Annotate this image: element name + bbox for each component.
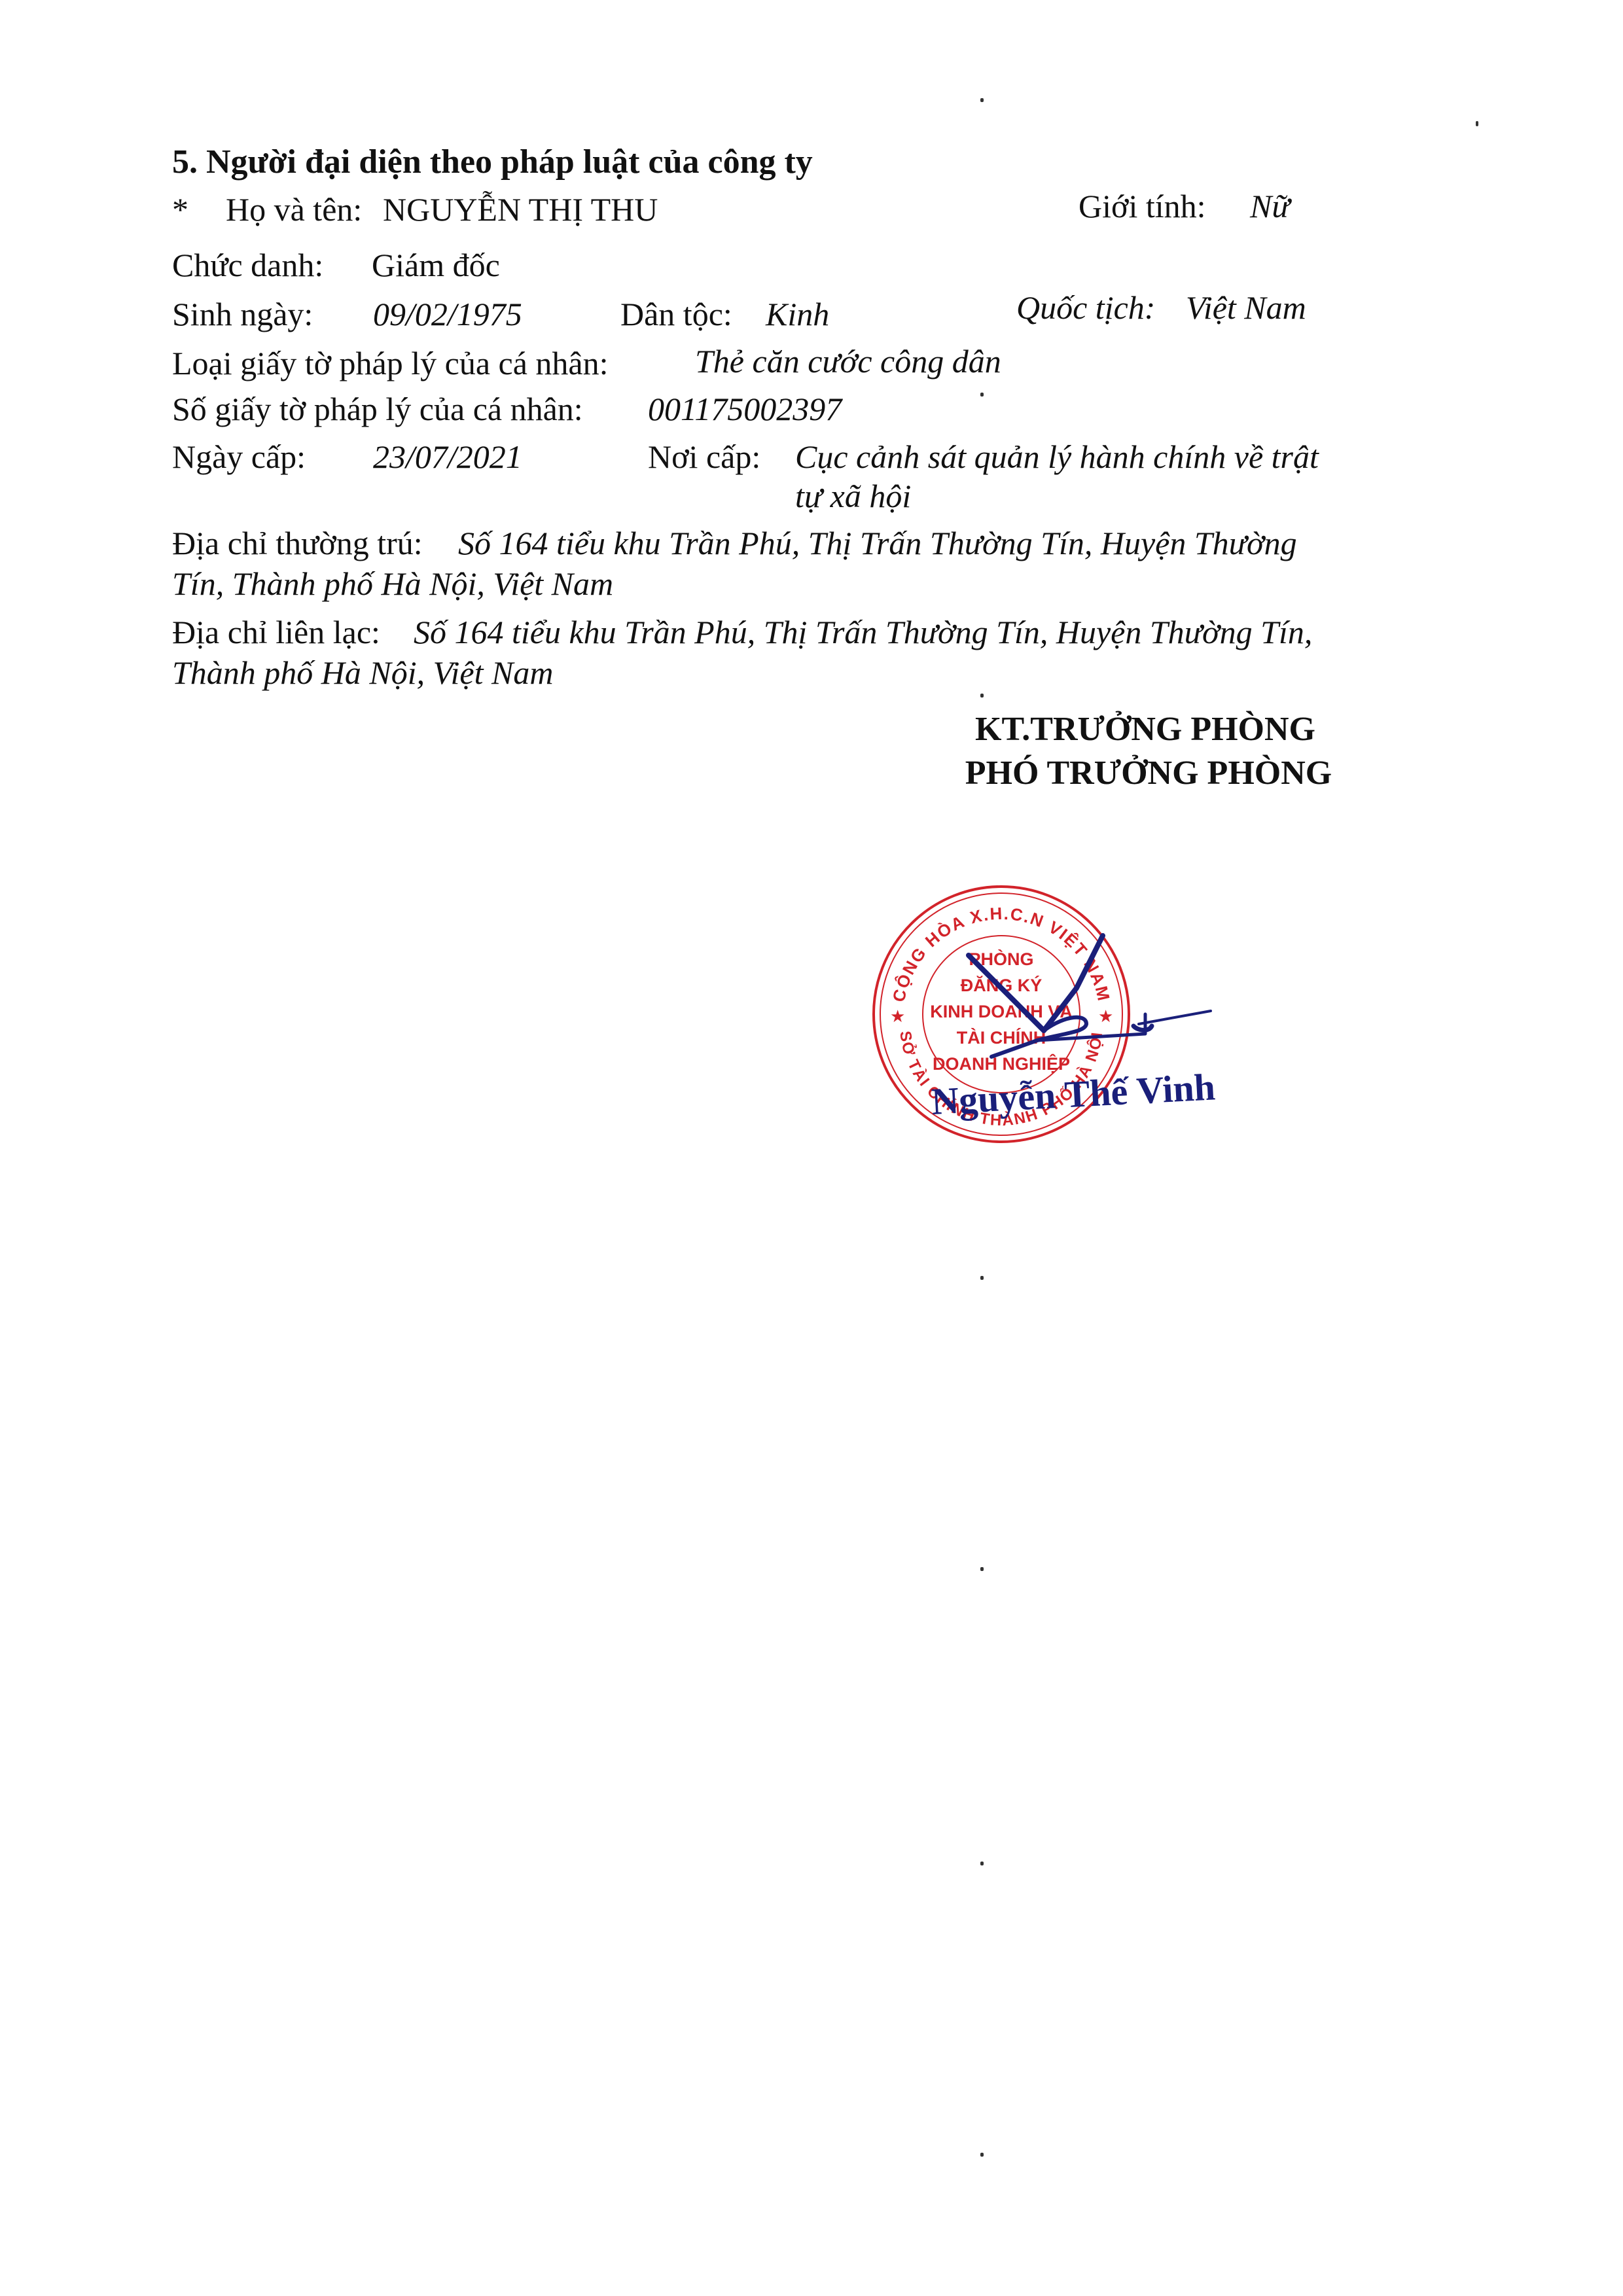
scan-artifact (980, 98, 984, 102)
scan-artifact (980, 1862, 984, 1865)
gender-label: Giới tính: (1079, 186, 1206, 226)
handwritten-signature (929, 916, 1257, 1086)
contact-address-label: Địa chỉ liên lạc: (172, 612, 380, 652)
id-number-label: Số giấy tờ pháp lý của cá nhân: (172, 389, 583, 429)
job-title-value: Giám đốc (372, 245, 500, 285)
permanent-address-line1: Số 164 tiểu khu Trần Phú, Thị Trấn Thườn… (458, 523, 1297, 563)
issue-place-label: Nơi cấp: (648, 437, 760, 476)
ethnicity-value: Kinh (766, 294, 829, 334)
scan-artifact (980, 2153, 984, 2157)
permanent-address-line2: Tín, Thành phố Hà Nội, Việt Nam (172, 564, 613, 603)
section-title: 5. Người đại diện theo pháp luật của côn… (172, 143, 813, 182)
id-type-value: Thẻ căn cước công dân (695, 342, 1001, 381)
id-type-label: Loại giấy tờ pháp lý của cá nhân: (172, 344, 608, 383)
issue-date-label: Ngày cấp: (172, 437, 306, 476)
signature-title-line2: PHÓ TRƯỞNG PHÒNG (919, 754, 1378, 792)
bullet-marker: * (172, 190, 188, 229)
contact-address-line1: Số 164 tiểu khu Trần Phú, Thị Trấn Thườn… (414, 612, 1312, 652)
issue-date-value: 23/07/2021 (373, 437, 522, 476)
scan-artifact (980, 393, 984, 397)
dob-value: 09/02/1975 (373, 294, 522, 334)
nationality-value: Việt Nam (1186, 288, 1306, 327)
issue-place-value-line1: Cục cảnh sát quản lý hành chính về trật (795, 437, 1319, 476)
scan-artifact (980, 694, 984, 698)
dob-label: Sinh ngày: (172, 294, 313, 334)
scan-artifact (980, 1276, 984, 1280)
issue-place-value-line2: tự xã hội (795, 476, 911, 516)
svg-text:★: ★ (890, 1006, 905, 1026)
permanent-address-label: Địa chỉ thường trú: (172, 523, 423, 563)
scan-artifact (1476, 121, 1478, 126)
nationality-label: Quốc tịch: (1016, 288, 1155, 327)
id-number-value: 001175002397 (648, 389, 842, 429)
name-value: NGUYỄN THỊ THU (383, 190, 658, 229)
scan-artifact (980, 1567, 984, 1571)
job-title-label: Chức danh: (172, 245, 323, 285)
contact-address-line2: Thành phố Hà Nội, Việt Nam (172, 653, 553, 692)
gender-value: Nữ (1250, 186, 1290, 226)
signature-title-line1: KT.TRƯỞNG PHÒNG (916, 710, 1374, 749)
name-label: Họ và tên: (226, 190, 362, 229)
ethnicity-label: Dân tộc: (620, 294, 732, 334)
